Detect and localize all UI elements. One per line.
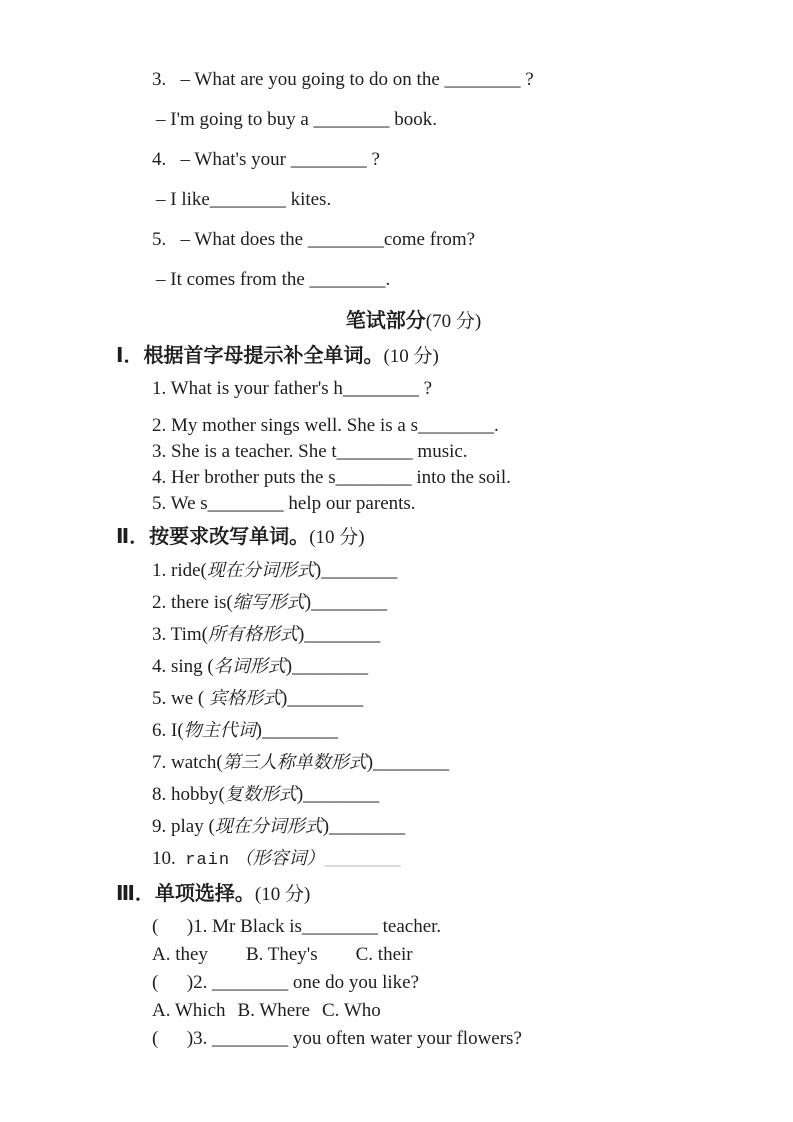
item-hint-cn: 现在分词形式 [215,816,323,836]
item-word: 6. I( [152,720,184,741]
item-word-mono: rain [185,851,230,870]
section-3-multiple-choice: Ⅲ．单项选择。(10 分) ( )1. Mr Black is________ … [0,881,793,1051]
section-3-score: (10 分) [255,884,310,905]
item-blank: )________ [305,592,387,613]
choice-option-a: A. they [152,943,208,967]
choice-option-a: A. Which [152,999,226,1023]
section-3-heading: Ⅲ．单项选择。(10 分) [0,881,793,908]
choice-option-c: C. their [356,943,413,967]
section-2-word-transform: Ⅱ．按要求改写单词。(10 分) 1. ride(现在分词形式)________… [0,524,793,873]
written-part-heading: 笔试部分(70 分) [0,308,793,335]
word-transform-item: 8. hobby(复数形式)________ [0,782,793,807]
item-hint-cn: 缩写形式 [233,592,305,612]
dialogue-answer-line: – It comes from the ________. [0,268,793,292]
item-hint-cn: 第三人称单数形式 [223,752,367,772]
dialogue-completion-section: 3. – What are you going to do on the ___… [0,68,793,292]
item-word: 1. ride( [152,560,207,581]
item-blank: )________ [281,688,363,709]
item-blank: )________ [323,816,405,837]
word-transform-item-10: 10. rain （形容词）________ [0,846,793,873]
choice-options-row: A. they B. They's C. their [0,943,793,967]
fill-blank-item: 2. My mother sings well. She is a s_____… [0,414,793,438]
item-hint-cn: 现在分词形式 [207,560,315,580]
item-blank: )________ [315,560,397,581]
item-word: 4. sing ( [152,656,214,677]
item-blank: )________ [297,784,379,805]
dialogue-question-line: 5. – What does the ________come from? [0,228,793,252]
word-transform-item: 7. watch(第三人称单数形式)________ [0,750,793,775]
section-1-heading: Ⅰ．根据首字母提示补全单词。(10 分) [0,343,793,370]
written-part-title: 笔试部分 [346,310,426,332]
choice-options-row: A. Which B. Where C. Who [0,999,793,1023]
choice-question: ( )2. ________ one do you like? [0,971,793,995]
item-blank: )________ [256,720,338,741]
item-word: 7. watch( [152,752,223,773]
word-transform-item: 9. play (现在分词形式)________ [0,814,793,839]
choice-question: ( )1. Mr Black is________ teacher. [0,915,793,939]
item-blank: ________ [325,848,401,869]
item-word: 3. Tim( [152,624,208,645]
section-1-title: Ⅰ．根据首字母提示补全单词。 [116,345,383,367]
item-hint-cn: 物主代词 [184,720,256,740]
item-word: 5. we ( [152,688,209,709]
item-word: 8. hobby( [152,784,225,805]
word-transform-item: 3. Tim(所有格形式)________ [0,622,793,647]
dialogue-answer-line: – I'm going to buy a ________ book. [0,108,793,132]
fill-blank-item: 4. Her brother puts the s________ into t… [0,466,793,490]
word-transform-item: 5. we ( 宾格形式)________ [0,686,793,711]
written-part-score: (70 分) [426,311,481,332]
fill-blank-item: 1. What is your father's h________ ? [0,377,793,401]
word-transform-item: 6. I(物主代词)________ [0,718,793,743]
word-transform-item: 1. ride(现在分词形式)________ [0,558,793,583]
item-hint-cn: 复数形式 [225,784,297,804]
item-hint-cn: 所有格形式 [208,624,298,644]
item-blank: )________ [286,656,368,677]
choice-option-b: B. Where [238,999,310,1023]
section-2-title: Ⅱ．按要求改写单词。 [116,526,309,548]
section-2-heading: Ⅱ．按要求改写单词。(10 分) [0,524,793,551]
word-transform-item: 4. sing (名词形式)________ [0,654,793,679]
item-blank: )________ [298,624,380,645]
choice-option-c: C. Who [322,999,381,1023]
item-hint-cn: 宾格形式 [209,688,281,708]
item-hint-cn: 名词形式 [214,656,286,676]
choice-question: ( )3. ________ you often water your flow… [0,1027,793,1051]
item-word: 9. play ( [152,816,215,837]
dialogue-question-line: 3. – What are you going to do on the ___… [0,68,793,92]
item-hint-cn: （形容词） [230,848,325,868]
section-3-title: Ⅲ．单项选择。 [116,883,255,905]
item-blank: )________ [367,752,449,773]
choice-option-b: B. They's [246,943,318,967]
item-word: 2. there is( [152,592,233,613]
fill-blank-item: 5. We s________ help our parents. [0,492,793,516]
exam-page: 3. – What are you going to do on the ___… [0,0,793,1122]
section-1-score: (10 分) [383,346,438,367]
section-2-score: (10 分) [309,527,364,548]
fill-blank-item: 3. She is a teacher. She t________ music… [0,440,793,464]
section-1-fill-letters: Ⅰ．根据首字母提示补全单词。(10 分) 1. What is your fat… [0,343,793,516]
item-number: 10. [152,848,185,869]
dialogue-answer-line: – I like________ kites. [0,188,793,212]
word-transform-item: 2. there is(缩写形式)________ [0,590,793,615]
dialogue-question-line: 4. – What's your ________ ? [0,148,793,172]
